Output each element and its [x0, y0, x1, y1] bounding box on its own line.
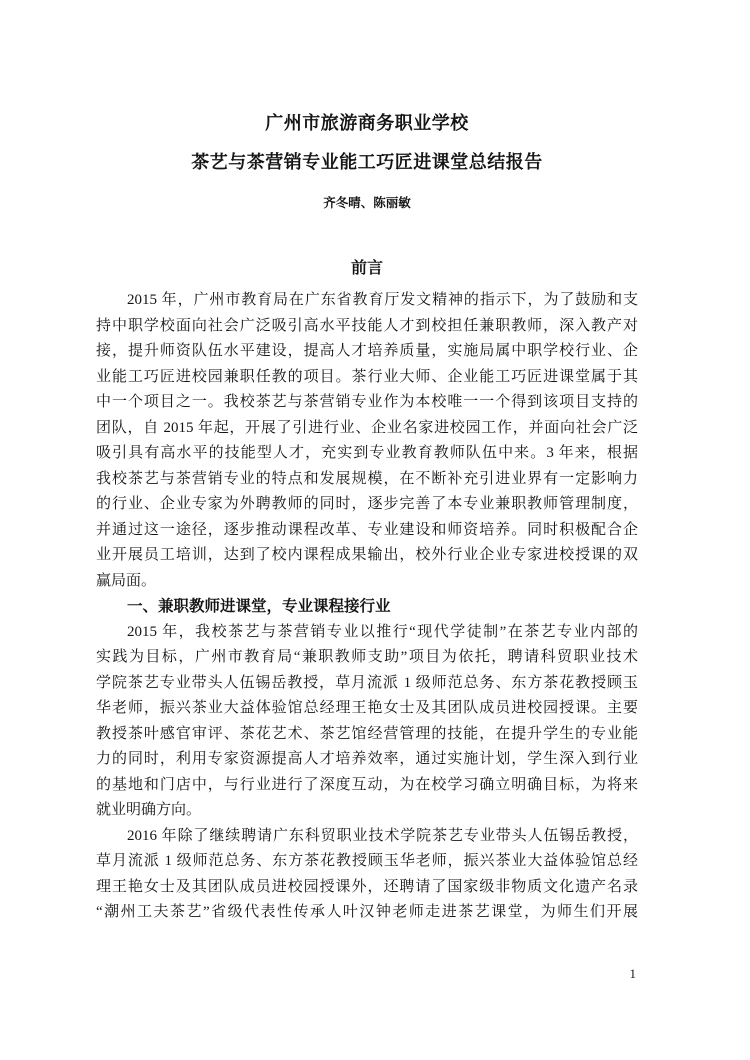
section1-paragraph-line: 的基地和门店中，与行业进行了深度互动，为在校学习确立明确目标，为将来: [96, 773, 638, 799]
section1-paragraph-line: 教授茶叶感官审评、茶花艺术、茶艺馆经营管理的技能，在提升学生的专业能: [96, 722, 638, 748]
preface-paragraph-line: 吸引具有高水平的技能型人才，充实到专业教育教师队伍中来。3 年来，根据: [96, 441, 638, 467]
preface-paragraph-line: 业能工巧匠进校园兼职任教的项目。茶行业大师、企业能工巧匠进课堂属于其: [96, 365, 638, 391]
document-subtitle: 茶艺与茶营销专业能工巧匠进课堂总结报告: [96, 151, 638, 173]
section1-paragraph-line: 华老师，振兴茶业大益体验馆总经理王艳女士及其团队成员进校园授课。主要: [96, 696, 638, 722]
section1-paragraph2-line: 理王艳女士及其团队成员进校园授课外，还聘请了国家级非物质文化遗产名录: [96, 875, 638, 901]
preface-paragraph-line: 团队，自 2015 年起，开展了引进行业、企业名家进校园工作，并面向社会广泛: [96, 416, 638, 442]
page-number: 1: [576, 966, 636, 982]
preface-paragraph-line: 接，提升师资队伍水平建设，提高人才培养质量，实施局属中职学校行业、企: [96, 339, 638, 365]
section1-paragraph2-line: 草月流派 1 级师范总务、东方茶花教授顾玉华老师，振兴茶业大益体验馆总经: [96, 849, 638, 875]
preface-paragraph-line: 的行业、企业专家为外聘教师的同时，逐步完善了本专业兼职教师管理制度，: [96, 492, 638, 518]
section1-paragraph-line: 实践为目标，广州市教育局“兼职教师支助”项目为依托，聘请科贸职业技术: [96, 645, 638, 671]
preface-paragraph-line: 我校茶艺与茶营销专业的特点和发展规模，在不断补充引进业界有一定影响力: [96, 467, 638, 493]
section1-paragraph-line: 就业明确方向。: [96, 798, 638, 824]
preface-heading: 前言: [96, 259, 638, 279]
section1-paragraph-line: 学院茶艺专业带头人伍锡岳教授，草月流派 1 级师范总务、东方茶花教授顾玉: [96, 671, 638, 697]
document-authors: 齐冬晴、陈丽敏: [96, 195, 638, 211]
body-text-column: 2015 年，广州市教育局在广东省教育厅发文精神的指示下，为了鼓励和支 持中职学…: [96, 288, 638, 926]
document-title: 广州市旅游商务职业学校: [96, 112, 638, 134]
preface-paragraph-line: 持中职学校面向社会广泛吸引高水平技能人才到校担任兼职教师，深入教产对: [96, 314, 638, 340]
preface-paragraph-line: 中一个项目之一。我校茶艺与茶营销专业作为本校唯一一个得到该项目支持的: [96, 390, 638, 416]
preface-paragraph-line: 并通过这一途径，逐步推动课程改革、专业建设和师资培养。同时积极配合企: [96, 518, 638, 544]
section1-paragraph-line: 2015 年，我校茶艺与茶营销专业以推行“现代学徒制”在茶艺专业内部的: [96, 620, 638, 646]
preface-paragraph-line: 业开展员工培训，达到了校内课程成果输出，校外行业企业专家进校授课的双: [96, 543, 638, 569]
preface-paragraph-line: 2015 年，广州市教育局在广东省教育厅发文精神的指示下，为了鼓励和支: [96, 288, 638, 314]
document-page: 广州市旅游商务职业学校 茶艺与茶营销专业能工巧匠进课堂总结报告 齐冬晴、陈丽敏 …: [0, 0, 750, 1060]
section1-paragraph2-line: “潮州工夫茶艺”省级代表性传承人叶汉钟老师走进茶艺课堂，为师生们开展: [96, 900, 638, 926]
section1-paragraph-line: 力的同时，利用专家资源提高人才培养效率，通过实施计划，学生深入到行业: [96, 747, 638, 773]
section1-heading: 一、兼职教师进课堂，专业课程接行业: [96, 594, 638, 620]
section1-paragraph2-line: 2016 年除了继续聘请广东科贸职业技术学院茶艺专业带头人伍锡岳教授，: [96, 824, 638, 850]
preface-paragraph-line: 赢局面。: [96, 569, 638, 595]
